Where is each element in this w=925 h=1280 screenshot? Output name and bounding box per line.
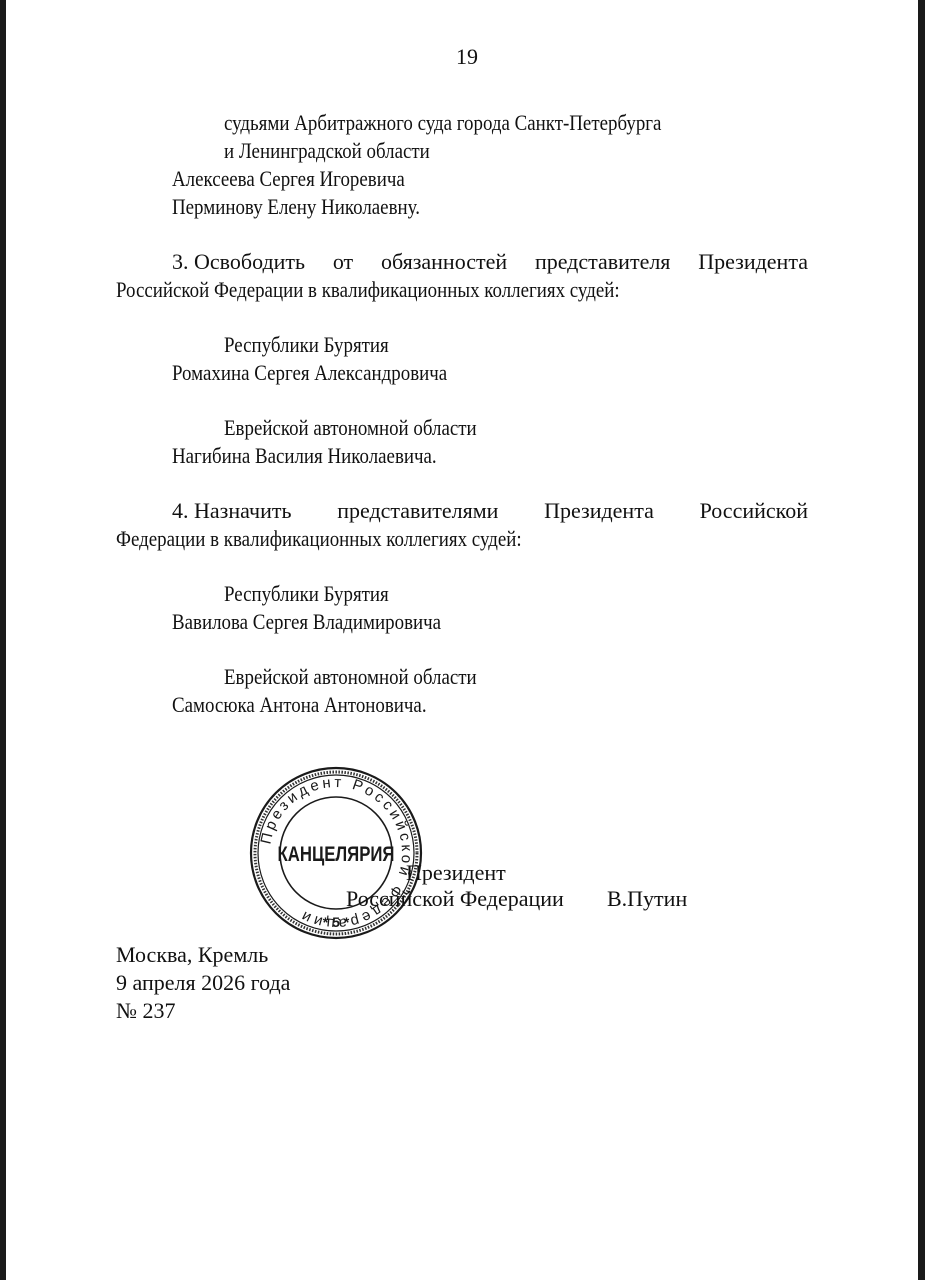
intro-line-2: и Ленинградской области bbox=[224, 140, 430, 162]
section-3-heading: 3. Освободить от обязанностей представит… bbox=[172, 251, 808, 273]
word: 4. Назначить bbox=[172, 500, 292, 522]
word: Президента bbox=[698, 251, 808, 273]
signing-date: 9 апреля 2026 года bbox=[116, 972, 290, 994]
word: 3. Освободить bbox=[172, 251, 305, 273]
section-3-line-2: Российской Федерации в квалификационных … bbox=[116, 279, 620, 301]
intro-line-1: судьями Арбитражного суда города Санкт-П… bbox=[224, 112, 661, 134]
region-label: Республики Бурятия bbox=[224, 334, 389, 356]
svg-text:* 5 *: * 5 * bbox=[323, 914, 350, 930]
word: представителя bbox=[535, 251, 671, 273]
section-4-heading: 4. Назначить представителями Президента … bbox=[172, 500, 808, 522]
signature-title-line-1: Президент bbox=[406, 862, 506, 884]
decree-number: № 237 bbox=[116, 1000, 176, 1022]
person-name: Нагибина Василия Николаевича. bbox=[172, 445, 437, 467]
word: представителями bbox=[337, 500, 498, 522]
page-number: 19 bbox=[456, 46, 478, 68]
place-of-signing: Москва, Кремль bbox=[116, 944, 268, 966]
region-label: Еврейской автономной области bbox=[224, 666, 477, 688]
person-name: Самосюка Антона Антоновича. bbox=[172, 694, 427, 716]
person-name: Вавилова Сергея Владимировича bbox=[172, 611, 441, 633]
appointee-name: Перминову Елену Николаевну. bbox=[172, 196, 420, 218]
document-page: 19 судьями Арбитражного суда города Санк… bbox=[6, 0, 918, 1280]
signatory-name: В.Путин bbox=[607, 888, 687, 910]
person-name: Ромахина Сергея Александровича bbox=[172, 362, 447, 384]
section-4-line-2: Федерации в квалификационных коллегиях с… bbox=[116, 528, 522, 550]
signature-title-line-2: Российской Федерации bbox=[346, 888, 564, 910]
word: обязанностей bbox=[381, 251, 507, 273]
region-label: Республики Бурятия bbox=[224, 583, 389, 605]
word: от bbox=[333, 251, 353, 273]
appointee-name: Алексеева Сергея Игоревича bbox=[172, 168, 405, 190]
word: Российской bbox=[700, 500, 808, 522]
svg-text:КАНЦЕЛЯРИЯ: КАНЦЕЛЯРИЯ bbox=[278, 842, 395, 865]
chancellery-stamp: Президент Российской Федерации КАНЦЕЛЯРИ… bbox=[246, 763, 426, 943]
region-label: Еврейской автономной области bbox=[224, 417, 477, 439]
word: Президента bbox=[544, 500, 654, 522]
